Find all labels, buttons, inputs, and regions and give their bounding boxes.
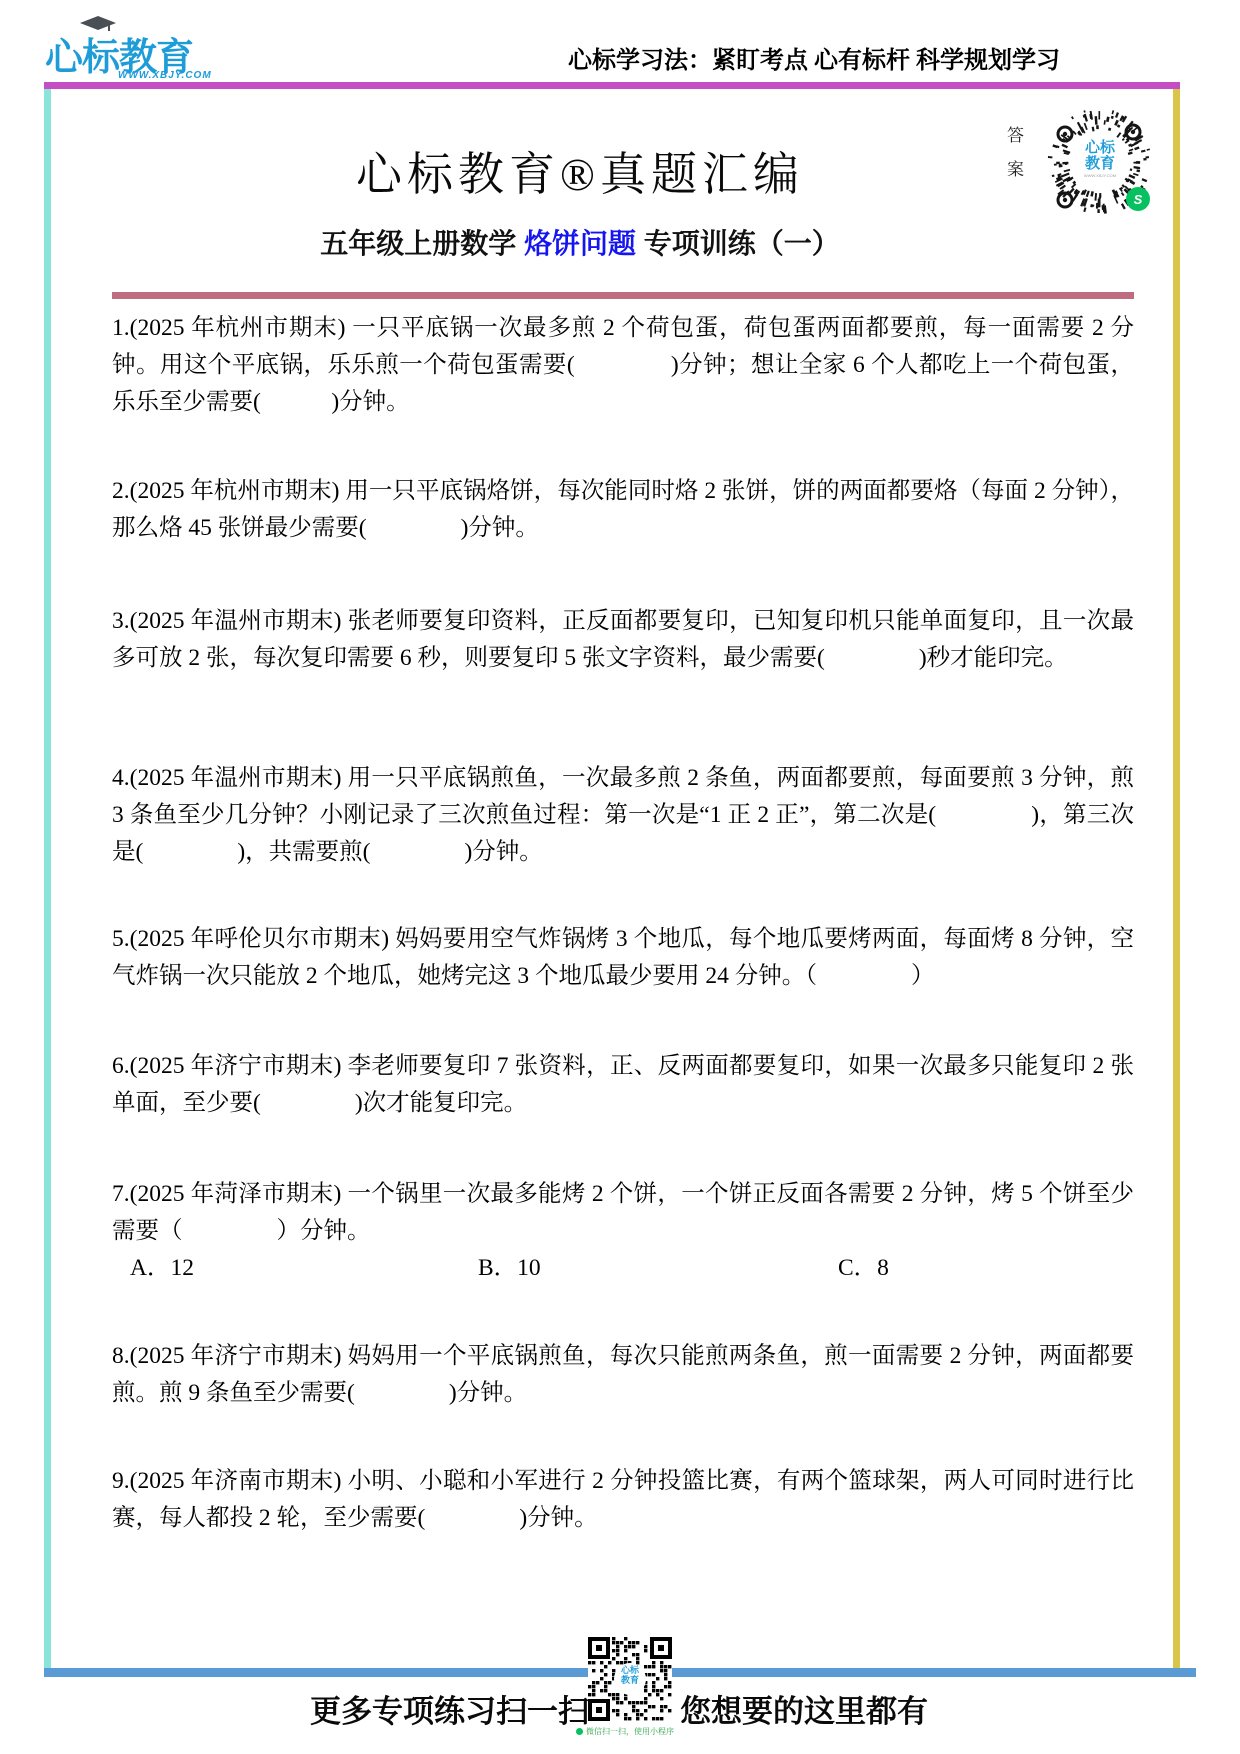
problem-item: 3.(2025 年温州市期末) 张老师要复印资料，正反面都要复印，已知复印机只能… <box>112 603 1134 677</box>
qr-logo-url: WWW.XBJY.COM <box>1072 174 1128 178</box>
page-title: 心标教育®真题汇编 <box>150 138 1010 204</box>
qr-logo-text: 心标 <box>1072 140 1128 156</box>
choice-option: B．10 <box>478 1250 838 1287</box>
problem-text: 1.(2025 年杭州市期末) 一只平底锅一次最多煎 2 个荷包蛋，荷包蛋两面都… <box>112 310 1134 421</box>
footer-qr-caption-text: 微信扫一扫，使用小程序 <box>586 1727 674 1736</box>
problem-text: 6.(2025 年济宁市期末) 李老师要复印 7 张资料，正、反两面都要复印，如… <box>112 1048 1134 1122</box>
answer-label: 答案 <box>1001 126 1026 194</box>
section-divider <box>112 292 1134 299</box>
problem-text: 3.(2025 年温州市期末) 张老师要复印资料，正反面都要复印，已知复印机只能… <box>112 603 1134 677</box>
wechat-miniprogram-icon <box>576 1728 583 1735</box>
header-divider-line <box>44 82 1180 89</box>
choice-options: A．12B．10C．8 <box>112 1250 1134 1287</box>
problem-item: 1.(2025 年杭州市期末) 一只平底锅一次最多煎 2 个荷包蛋，荷包蛋两面都… <box>112 310 1134 421</box>
footer-promo-left: 更多专项练习扫一扫 <box>310 1686 589 1731</box>
subtitle-grade: 五年级上册数学 <box>320 228 524 259</box>
brand-logo-url: WWW.XBJY.COM <box>118 70 212 81</box>
problem-text: 9.(2025 年济南市期末) 小明、小聪和小军进行 2 分钟投篮比赛，有两个篮… <box>112 1463 1134 1537</box>
problem-text: 2.(2025 年杭州市期末) 用一只平底锅烙饼，每次能同时烙 2 张饼，饼的两… <box>112 473 1134 547</box>
choice-option: C．8 <box>838 1250 889 1287</box>
problem-item: 8.(2025 年济宁市期末) 妈妈用一个平底锅煎鱼，每次只能煎两条鱼，煎一面需… <box>112 1338 1134 1412</box>
problem-text: 4.(2025 年温州市期末) 用一只平底锅煎鱼，一次最多煎 2 条鱼，两面都要… <box>112 760 1134 871</box>
qr-logo-text: 教育 <box>1072 156 1128 172</box>
choice-option: A．12 <box>130 1250 478 1287</box>
page-left-border <box>44 89 51 1669</box>
problem-text: 5.(2025 年呼伦贝尔市期末) 妈妈要用空气炸锅烤 3 个地瓜，每个地瓜要烤… <box>112 921 1134 995</box>
header-slogan: 心标学习法：紧盯考点 心有标杆 科学规划学习 <box>480 40 1060 75</box>
footer-qr-caption: 微信扫一扫，使用小程序 <box>576 1726 696 1737</box>
problem-item: 7.(2025 年菏泽市期末) 一个锅里一次最多能烤 2 个饼，一个饼正反面各需… <box>112 1176 1134 1287</box>
problem-item: 9.(2025 年济南市期末) 小明、小聪和小军进行 2 分钟投篮比赛，有两个篮… <box>112 1463 1134 1537</box>
problem-item: 4.(2025 年温州市期末) 用一只平底锅煎鱼，一次最多煎 2 条鱼，两面都要… <box>112 760 1134 871</box>
problem-item: 2.(2025 年杭州市期末) 用一只平底锅烙饼，每次能同时烙 2 张饼，饼的两… <box>112 473 1134 547</box>
subtitle-suffix: 专项训练（一） <box>636 228 840 259</box>
page-subtitle: 五年级上册数学 烙饼问题 专项训练（一） <box>150 222 1010 262</box>
problem-item: 6.(2025 年济宁市期末) 李老师要复印 7 张资料，正、反两面都要复印，如… <box>112 1048 1134 1122</box>
svg-text:S: S <box>1134 192 1143 207</box>
footer-qr-logo: 心标 教育 <box>614 1663 646 1695</box>
subtitle-topic-highlight: 烙饼问题 <box>524 228 636 259</box>
qr-logo-text: 教育 <box>614 1676 646 1686</box>
answer-qr-logo: 心标 教育 WWW.XBJY.COM <box>1072 134 1128 190</box>
footer-promo-right: 您想要的这里都有 <box>680 1686 928 1731</box>
problem-item: 5.(2025 年呼伦贝尔市期末) 妈妈要用空气炸锅烤 3 个地瓜，每个地瓜要烤… <box>112 921 1134 995</box>
problem-text: 8.(2025 年济宁市期末) 妈妈用一个平底锅煎鱼，每次只能煎两条鱼，煎一面需… <box>112 1338 1134 1412</box>
page-right-border <box>1173 89 1180 1669</box>
problem-text: 7.(2025 年菏泽市期末) 一个锅里一次最多能烤 2 个饼，一个饼正反面各需… <box>112 1176 1134 1250</box>
